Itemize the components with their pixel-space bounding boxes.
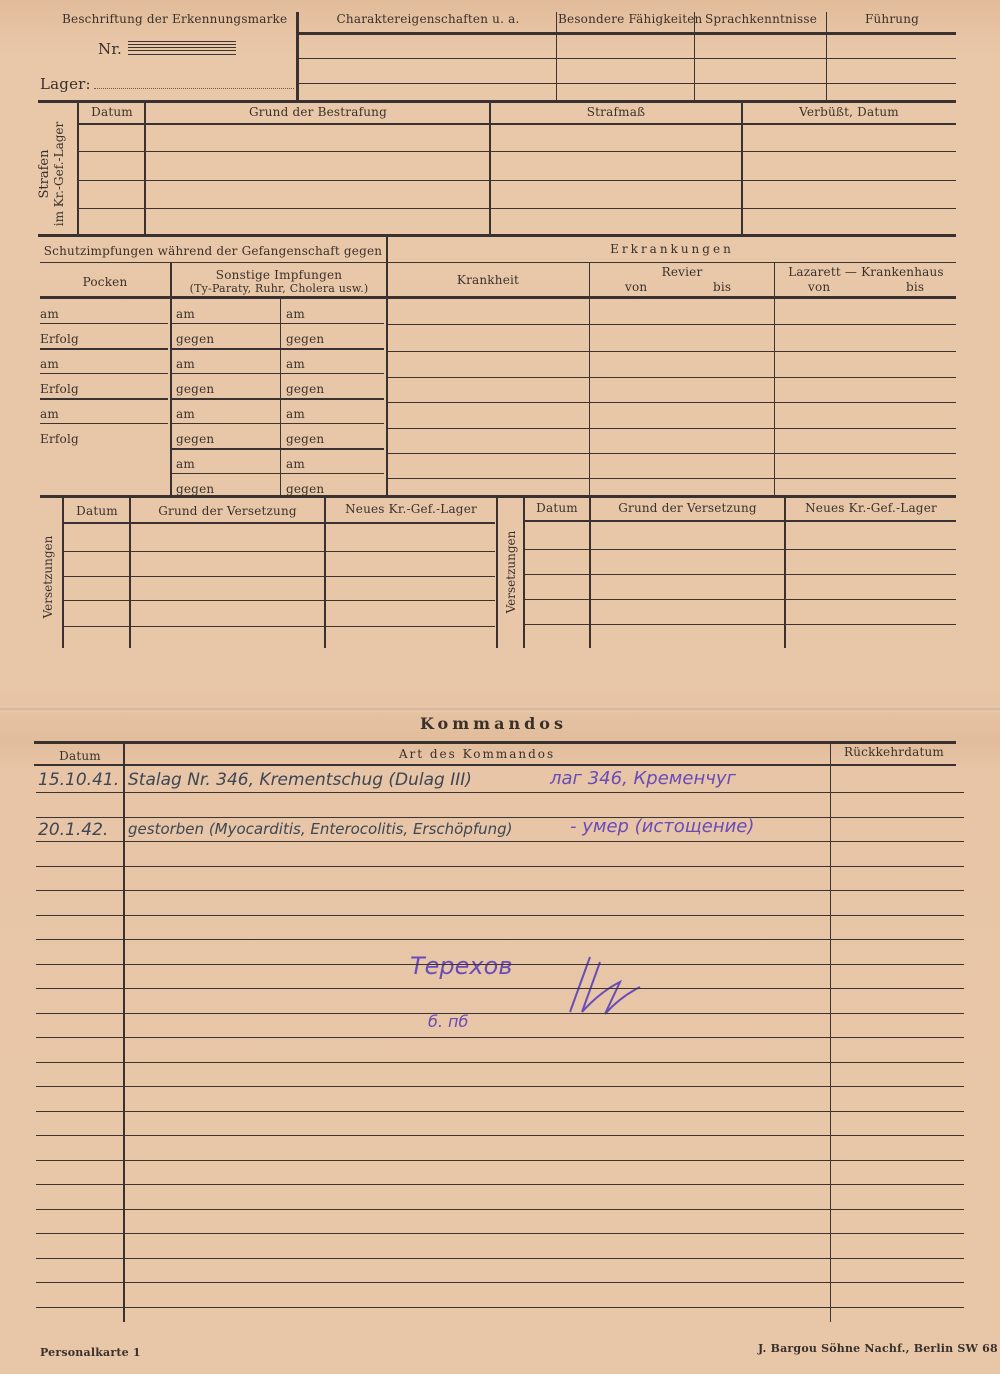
rule: [79, 123, 956, 125]
rule: [64, 551, 495, 552]
strafen-col-strafmass: Strafmaß: [491, 105, 741, 119]
nr-line-2: [128, 44, 236, 45]
kommando-entry-1-art: Stalag Nr. 346, Krementschug (Dulag III): [128, 770, 472, 790]
signature-note: б. пб: [428, 1012, 468, 1031]
rule: [172, 348, 384, 350]
versetzung-col-datum: Datum: [525, 501, 589, 515]
lazarett-label: Lazarett — Krankenhaus: [776, 265, 956, 279]
rule: [525, 599, 956, 600]
rule: [34, 741, 956, 744]
rule: [388, 351, 956, 352]
rule: [40, 398, 168, 400]
sonstige-row: gegen: [176, 482, 214, 496]
kommandos-col-art: Art des Kommandos: [125, 747, 829, 761]
fuehrung-label: Führung: [828, 12, 956, 26]
rule: [388, 478, 956, 479]
kommando-entry-1-datum: 15.10.41.: [38, 770, 119, 790]
lazarett-von: von: [808, 280, 830, 294]
lazarett-bis: bis: [906, 280, 924, 294]
rule: [40, 423, 168, 424]
kommandos-col-rueckkehr: Rückkehrdatum: [832, 745, 956, 759]
rule: [36, 1037, 964, 1038]
divider: [694, 12, 695, 100]
sonstige-row: am: [176, 357, 195, 371]
rule: [388, 324, 956, 325]
revier-label: Revier: [590, 265, 774, 279]
rule: [36, 890, 964, 891]
rule: [40, 296, 956, 299]
rule: [36, 915, 964, 916]
document-page: [0, 0, 1000, 1374]
divider: [296, 12, 299, 100]
impfungen-title: Schutzimpfungen während der Gefangenscha…: [40, 244, 386, 258]
sonstige-row: am: [286, 357, 305, 371]
rule: [36, 1086, 964, 1087]
sonstige-row: am: [176, 457, 195, 471]
sonstige-row: gegen: [176, 382, 214, 396]
rule: [36, 1062, 964, 1063]
strafen-col-grund: Grund der Bestrafung: [146, 105, 490, 119]
divider: [280, 298, 281, 495]
sonstige-row: am: [176, 307, 195, 321]
krankheit-label: Krankheit: [388, 273, 588, 287]
revier-bis: bis: [713, 280, 731, 294]
rule: [34, 764, 956, 766]
rule: [525, 549, 956, 550]
faehigkeiten-label: Besondere Fähigkeiten: [558, 12, 694, 26]
rule: [38, 100, 956, 103]
sprachkenntnisse-label: Sprachkenntnisse: [696, 12, 826, 26]
signature-flourish: [560, 952, 650, 1022]
strafen-col-datum: Datum: [80, 105, 144, 119]
rule: [388, 402, 956, 403]
kommando-entry-2-art: gestorben (Myocarditis, Enterocolitis, E…: [128, 820, 513, 838]
nr-line-4: [128, 50, 236, 51]
rule: [79, 208, 956, 209]
sonstige-row: am: [286, 407, 305, 421]
rule: [172, 473, 384, 474]
rule: [298, 58, 956, 59]
kommando-entry-2-annotation: - умер (истощение): [570, 816, 754, 837]
rule: [36, 866, 964, 867]
versetzung-col-lager: Neues Kr.-Gef.-Lager: [326, 502, 496, 516]
rule: [36, 1258, 964, 1259]
revier-von: von: [625, 280, 647, 294]
strafen-sublabel: im Kr.-Gef.-Lager: [52, 114, 66, 234]
sonstige-row: gegen: [286, 432, 324, 446]
kommandos-title: Kommandos: [420, 714, 567, 733]
rule: [298, 83, 956, 84]
pocken-row: am: [40, 407, 59, 421]
versetzungen-side-label-right: Versetzungen: [504, 522, 518, 622]
charaktereigenschaften-label: Charaktereigenschaften u. a.: [300, 12, 556, 26]
rule: [40, 373, 168, 374]
divider: [589, 263, 590, 495]
versetzung-col-lager: Neues Kr.-Gef.-Lager: [786, 501, 956, 515]
rule: [38, 234, 956, 237]
form-id: Personalkarte 1: [40, 1346, 141, 1359]
rule: [36, 817, 964, 818]
rule: [172, 373, 384, 374]
rule: [36, 841, 964, 842]
rule: [525, 624, 956, 625]
versetzung-col-grund: Grund der Versetzung: [131, 504, 324, 518]
pocken-row: Erfolg: [40, 432, 79, 446]
rule: [36, 1282, 964, 1283]
sonstige-row: gegen: [176, 432, 214, 446]
rule: [388, 377, 956, 378]
rule: [36, 1160, 964, 1161]
versetzungen-side-label-left: Versetzungen: [41, 527, 55, 627]
versetzung-col-datum: Datum: [64, 504, 130, 518]
kommandos-col-datum: Datum: [36, 749, 124, 763]
rule: [388, 428, 956, 429]
sonstige-row: am: [176, 407, 195, 421]
sonstige-row: gegen: [286, 482, 324, 496]
strafen-side-label: Strafen im Kr.-Gef.-Lager: [38, 114, 66, 234]
pocken-row: Erfolg: [40, 382, 79, 396]
sonstige-row: gegen: [286, 382, 324, 396]
lager-field[interactable]: [94, 88, 294, 89]
sonstige-row: am: [286, 457, 305, 471]
rule: [172, 323, 384, 324]
kommando-entry-2-datum: 20.1.42.: [38, 820, 108, 840]
pocken-label: Pocken: [40, 275, 170, 289]
sonstige-row: gegen: [176, 332, 214, 346]
rule: [172, 423, 384, 424]
rule: [40, 495, 956, 498]
rule: [172, 448, 384, 450]
nr-line-5: [128, 54, 236, 55]
rule: [36, 792, 964, 793]
divider: [774, 263, 775, 495]
divider: [556, 12, 557, 100]
rule: [525, 520, 956, 522]
divider: [830, 744, 831, 1322]
signature: Терехов: [410, 952, 512, 980]
rule: [36, 1233, 964, 1234]
rule: [79, 180, 956, 181]
rule: [64, 600, 495, 601]
rule: [36, 988, 964, 989]
rule: [64, 522, 495, 524]
rule: [36, 1135, 964, 1136]
erkennungsmarke-label: Beschriftung der Erkennungsmarke: [62, 12, 287, 26]
rule: [64, 626, 495, 627]
sonstige-label: Sonstige Impfungen: [172, 268, 386, 282]
sonstige-row: am: [286, 307, 305, 321]
rule: [298, 32, 956, 35]
rule: [525, 574, 956, 575]
rule: [79, 151, 956, 152]
rule: [36, 1307, 964, 1308]
nr-label: Nr.: [98, 40, 122, 58]
erkrankungen-title: Erkrankungen: [388, 242, 956, 256]
strafen-col-verbuesst: Verbüßt, Datum: [743, 105, 955, 119]
rule: [40, 323, 168, 324]
sonstige-row: gegen: [286, 332, 324, 346]
rule: [172, 398, 384, 400]
rule: [64, 576, 495, 577]
printer-imprint: J. Bargou Söhne Nachf., Berlin SW 68: [758, 1342, 998, 1355]
rule: [36, 939, 964, 940]
rule: [40, 262, 956, 263]
nr-line-3: [128, 47, 236, 48]
rule: [36, 964, 964, 965]
divider: [496, 498, 498, 648]
rule: [40, 348, 168, 350]
pocken-row: am: [40, 307, 59, 321]
rule: [36, 1209, 964, 1210]
lager-label: Lager:: [40, 75, 91, 93]
strafen-label: Strafen: [38, 114, 52, 234]
divider: [123, 744, 125, 1322]
nr-line-1: [128, 41, 236, 42]
rule: [388, 453, 956, 454]
rule: [36, 1013, 964, 1014]
pocken-row: Erfolg: [40, 332, 79, 346]
versetzung-col-grund: Grund der Versetzung: [591, 501, 784, 515]
rule: [36, 1111, 964, 1112]
rule: [36, 1184, 964, 1185]
pocken-row: am: [40, 357, 59, 371]
sonstige-sublabel: (Ty-Paraty, Ruhr, Cholera usw.): [172, 282, 386, 295]
kommando-entry-1-annotation: лаг 346, Кременчуг: [550, 768, 736, 789]
divider: [826, 12, 827, 100]
fold-crease: [0, 706, 1000, 712]
